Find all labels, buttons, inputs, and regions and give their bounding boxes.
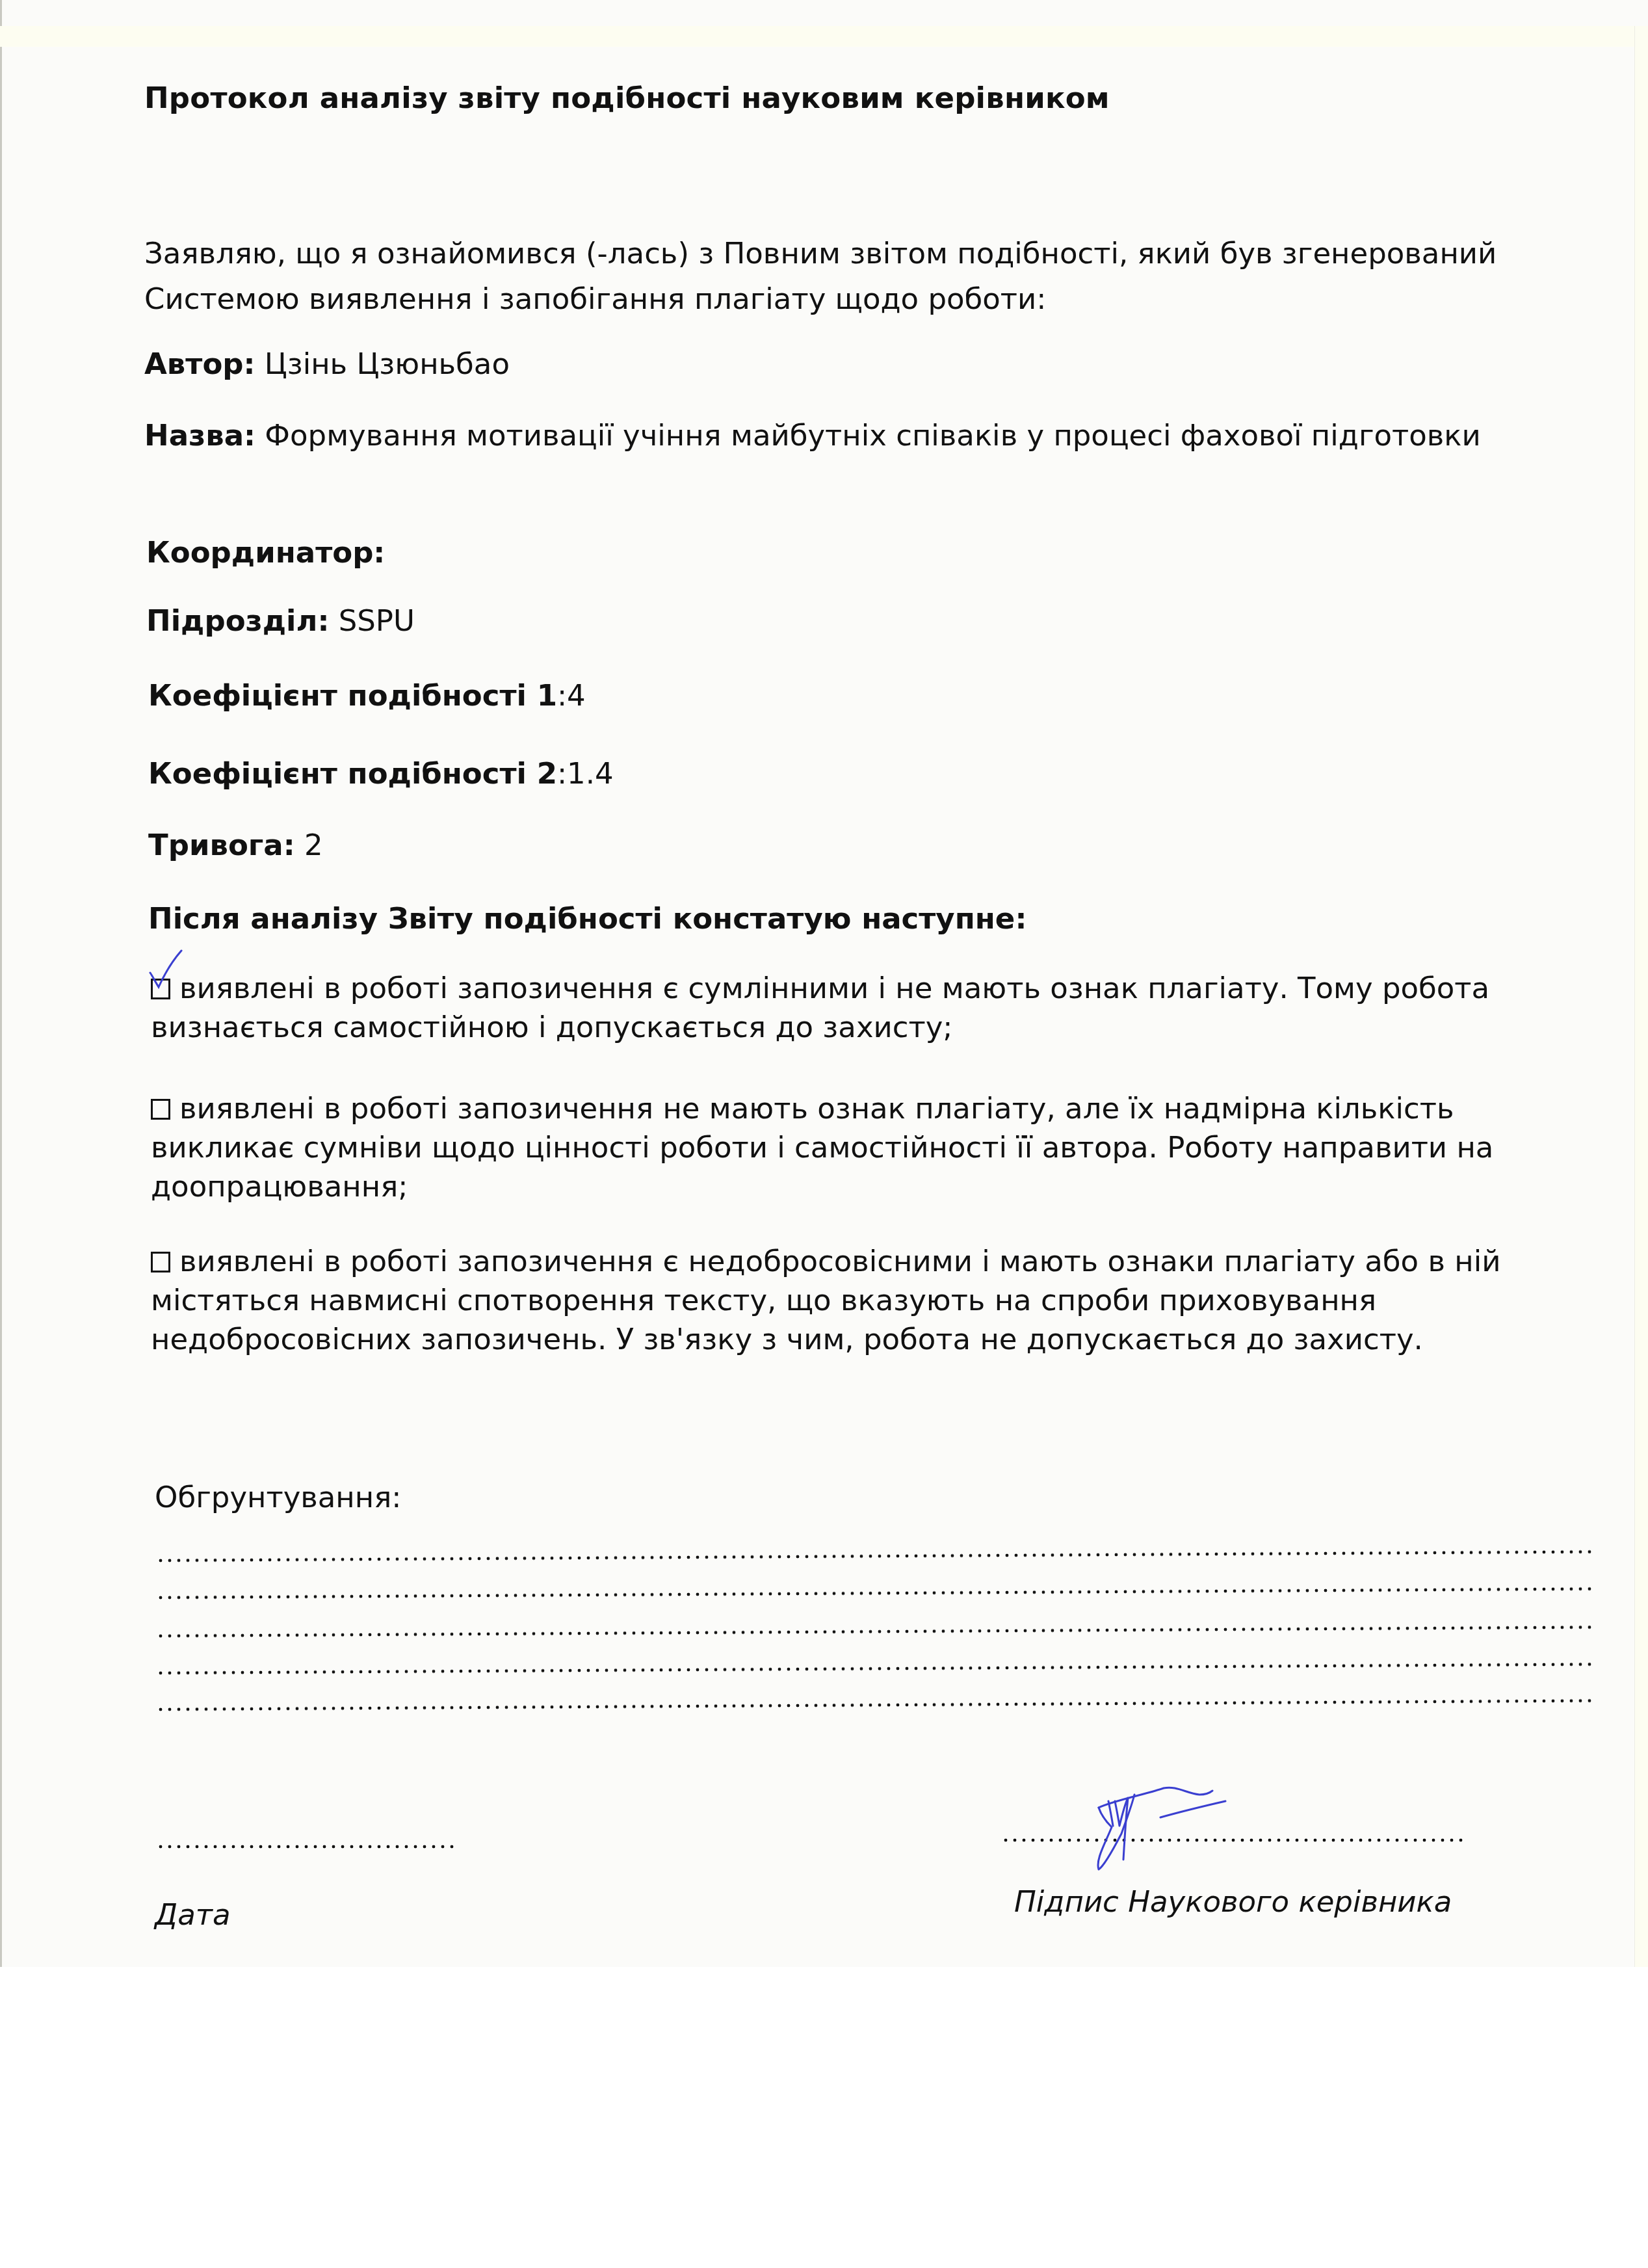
field-alarm-label: Тривога: — [148, 828, 295, 862]
field-work-title-value: Формування мотивації учіння майбутніх сп… — [255, 418, 1481, 453]
field-unit-value: SSPU — [329, 603, 415, 638]
field-similarity-1-value: :4 — [557, 678, 586, 713]
field-unit: Підрозділ: SSPU — [146, 598, 415, 644]
conclusion-heading: Після аналізу Звіту подібності констатую… — [148, 896, 1027, 942]
option-accepted: виявлені в роботі запозичення є сумлінни… — [151, 969, 1581, 1047]
field-similarity-1-label: Коефіцієнт подібності 1 — [148, 678, 557, 713]
date-line[interactable] — [156, 1844, 455, 1849]
field-unit-label: Підрозділ: — [146, 603, 329, 638]
field-alarm-value: 2 — [295, 828, 323, 862]
field-author: Автор: Цзінь Цзюньбао — [144, 341, 510, 387]
field-coordinator-label: Координатор: — [146, 535, 385, 570]
field-alarm: Тривога: 2 — [148, 823, 323, 868]
option-rejected: виявлені в роботі запозичення є недоброс… — [151, 1242, 1581, 1359]
checkbox-icon[interactable] — [151, 1099, 170, 1120]
option-accepted-text: виявлені в роботі запозичення є сумлінни… — [151, 971, 1489, 1044]
scan-edge-right — [1634, 26, 1648, 1967]
field-work-title-label: Назва: — [144, 418, 255, 453]
field-author-value: Цзінь Цзюньбао — [255, 347, 510, 381]
checkbox-icon[interactable] — [151, 979, 170, 999]
field-work-title: Назва: Формування мотивації учіння майбу… — [144, 413, 1542, 458]
field-author-label: Автор: — [144, 347, 255, 381]
option-revision: виявлені в роботі запозичення не мають о… — [151, 1089, 1581, 1206]
field-similarity-2-value: :1.4 — [557, 756, 614, 791]
signature-label: Підпис Наукового керівника — [1014, 1884, 1452, 1919]
field-coordinator: Координатор: — [146, 530, 385, 575]
date-label: Дата — [155, 1897, 231, 1932]
scan-edge-top — [0, 26, 1648, 47]
option-revision-text: виявлені в роботі запозичення не мають о… — [151, 1091, 1493, 1204]
field-similarity-2-label: Коефіцієнт подібності 2 — [148, 756, 557, 791]
justification-label: Обгрунтування: — [155, 1475, 401, 1520]
document-title: Протокол аналізу звіту подібності науков… — [144, 81, 1110, 115]
field-similarity-2: Коефіцієнт подібності 2:1.4 — [148, 751, 614, 797]
checkbox-icon[interactable] — [151, 1252, 170, 1272]
option-rejected-text: виявлені в роботі запозичення є недоброс… — [151, 1244, 1500, 1356]
intro-statement: Заявляю, що я ознайомився (-лась) з Повн… — [144, 231, 1510, 322]
signature-line[interactable] — [1001, 1838, 1463, 1843]
field-similarity-1: Коефіцієнт подібності 1:4 — [148, 673, 586, 719]
